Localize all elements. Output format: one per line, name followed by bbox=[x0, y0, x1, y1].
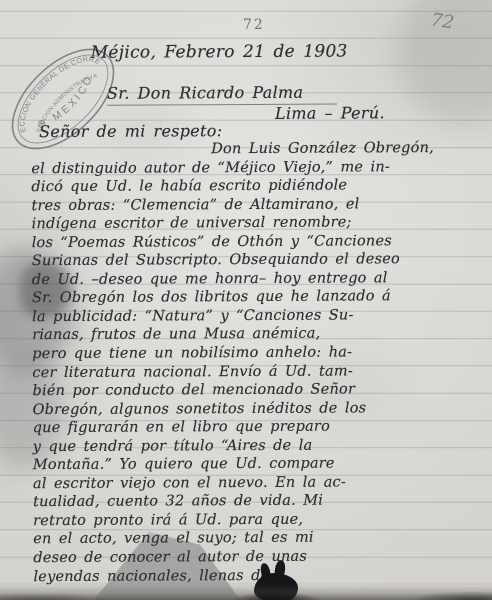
letter-line: la publicidad: “Natura” y “Canciones Su- bbox=[32, 306, 482, 327]
letter-line: los “Poemas Rústicos” de Othón y “Cancio… bbox=[32, 231, 482, 252]
ink-blot bbox=[254, 573, 298, 600]
letter-line: bién por conducto del mencionado Señor bbox=[32, 380, 482, 401]
letter-line: tualidad, cuento 32 años de vida. Mi bbox=[33, 491, 483, 512]
letter-line: indígena escritor de universal renombre; bbox=[32, 213, 482, 234]
letter-line: Obregón, algunos sonetitos inéditos de l… bbox=[33, 398, 483, 419]
letter-line: Don Luis González Obregón, bbox=[31, 139, 481, 160]
letter-line: que figurarán en el libro que preparo bbox=[33, 417, 483, 438]
letter-line: retrato pronto irá á Ud. para que, bbox=[33, 510, 483, 531]
letter-line: pero que tiene un nobilísimo anhelo: ha- bbox=[32, 343, 482, 364]
letter-salutation: Señor de mi respeto: bbox=[39, 121, 222, 141]
letter-line: y que tendrá por título “Aires de la bbox=[33, 436, 483, 457]
letter-line: de Ud. –deseo que me honra– hoy entrego … bbox=[32, 269, 482, 290]
letter-line: cer literatura nacional. Envío á Ud. tam… bbox=[32, 361, 482, 382]
letter-line: al escritor viejo con el nuevo. En la ac… bbox=[33, 473, 483, 494]
letter-line: el distinguido autor de “Méjico Viejo,” … bbox=[31, 157, 481, 178]
letter-line: Sr. Obregón los dos libritos que he lanz… bbox=[32, 287, 482, 308]
letter-line: Montaña.” Yo quiero que Ud. compare bbox=[33, 454, 483, 475]
manuscript-page: 72 72 DIRECCION GENERAL DE CORREOS SECCI… bbox=[0, 0, 492, 600]
letter-line: Surianas del Subscripto. Obsequiando el … bbox=[32, 250, 482, 271]
letter-line: tres obras: “Clemencia” de Altamirano, e… bbox=[31, 194, 481, 215]
letter-recipient: Sr. Don Ricardo Palma bbox=[107, 83, 337, 106]
letter-line: rianas, frutos de una Musa anémica, bbox=[32, 324, 482, 345]
letter-line: deseo de conocer al autor de unas bbox=[33, 547, 483, 568]
letter-dateline: Méjico, Febrero 21 de 1903 bbox=[91, 41, 348, 62]
handwritten-letter: Méjico, Febrero 21 de 1903 Sr. Don Ricar… bbox=[0, 0, 492, 600]
letter-destination: Lima – Perú. bbox=[275, 103, 385, 123]
letter-body: Don Luis González Obregón, el distinguid… bbox=[31, 139, 483, 586]
letter-line: en el acto, venga el suyo; tal es mi bbox=[33, 528, 483, 549]
letter-line: dicó que Ud. le había escrito pidiéndole bbox=[31, 176, 481, 197]
